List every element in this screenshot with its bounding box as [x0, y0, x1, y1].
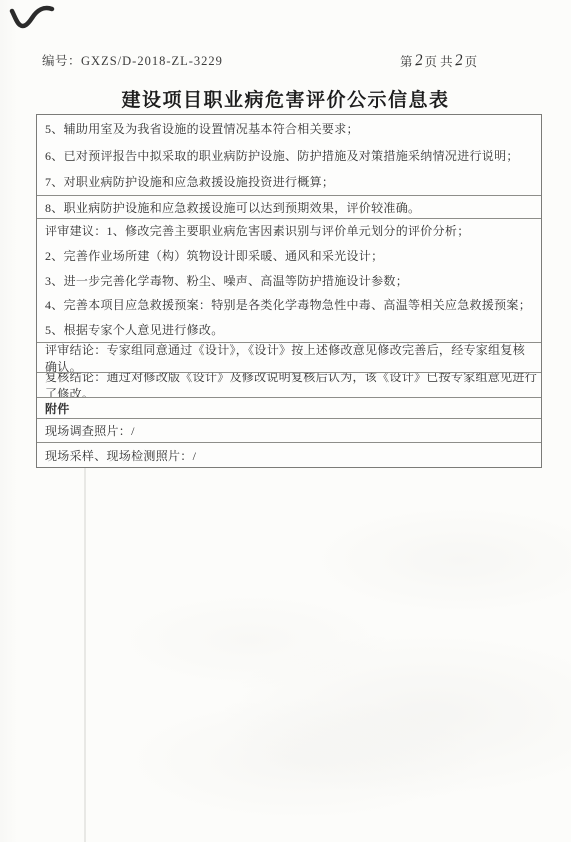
page-indicator: 第2页 共2页 [400, 52, 477, 71]
doc-number: 编号：GXZS/D-2018-ZL-3229 [42, 51, 223, 69]
table-row-items-5-7: 5、辅助用室及为我省设施的设置情况基本符合相关要求； 6、已对预评报告中拟采取的… [37, 115, 541, 195]
table-row-site-sampling-photos: 现场采样、现场检测照片：/ [37, 442, 541, 468]
table-text-line: 复核结论：通过对修改版《设计》及修改说明复核后认为，该《设计》已按专家组意见进行… [45, 372, 537, 397]
table-text-line: 5、辅助用室及为我省设施的设置情况基本符合相关要求； [45, 116, 537, 143]
table-row-review-conclusion: 评审结论：专家组同意通过《设计》，《设计》按上述修改意见修改完善后，经专家组复核… [37, 342, 541, 372]
table-row-site-survey-photos: 现场调查照片：/ [37, 418, 541, 442]
page-total-handwritten: 2 [454, 52, 464, 71]
table-row-item-8: 8、职业病防护设施和应急救援设施可以达到预期效果，评价较准确。 [37, 195, 541, 218]
table-text-line: 评审结论：专家组同意通过《设计》，《设计》按上述修改意见修改完善后，经专家组复核… [45, 342, 537, 372]
table-row-attachment-header: 附件 [37, 397, 541, 418]
scan-streak-artifact [84, 468, 86, 842]
doc-number-label: 编号： [42, 54, 81, 68]
table-text-line: 2、完善作业场所建（构）筑物设计即采暖、通风和采光设计； [45, 244, 537, 269]
page-indicator-prefix: 第 [400, 55, 413, 69]
table-text-line: 6、已对预评报告中拟采取的职业病防护设施、防护措施及对策措施采纳情况进行说明； [45, 143, 537, 170]
page-indicator-suffix: 页 [465, 55, 478, 69]
table-row-recheck-conclusion: 复核结论：通过对修改版《设计》及修改说明复核后认为，该《设计》已按专家组意见进行… [37, 372, 541, 397]
table-text-line: 4、完善本项目应急救援预案：特别是各类化学毒物急性中毒、高温等相关应急救援预案； [45, 293, 537, 318]
table-row-review-suggestions: 评审建议：1、修改完善主要职业病危害因素识别与评价单元划分的评价分析； 2、完善… [37, 218, 541, 342]
info-table: 5、辅助用室及为我省设施的设置情况基本符合相关要求； 6、已对预评报告中拟采取的… [36, 114, 542, 468]
table-text-line: 现场调查照片：/ [45, 422, 135, 439]
pen-mark-icon [9, 2, 57, 30]
table-text-line: 3、进一步完善化学毒物、粉尘、噪声、高温等防护措施设计参数； [45, 269, 537, 294]
table-text-line: 现场采样、现场检测照片：/ [45, 447, 196, 464]
page-title: 建设项目职业病危害评价公示信息表 [0, 85, 571, 112]
doc-number-value: GXZS/D-2018-ZL-3229 [81, 54, 223, 68]
page-current-handwritten: 2 [413, 52, 423, 71]
table-text-line: 7、对职业病防护设施和应急救援设施投资进行概算； [45, 169, 537, 195]
table-text-line: 评审建议：1、修改完善主要职业病危害因素识别与评价单元划分的评价分析； [45, 219, 537, 244]
table-text-line: 5、根据专家个人意见进行修改。 [45, 318, 537, 342]
table-text-line: 附件 [45, 400, 70, 417]
page-indicator-mid: 页 共 [425, 55, 453, 69]
scanned-page: 编号：GXZS/D-2018-ZL-3229 第2页 共2页 建设项目职业病危害… [0, 0, 571, 842]
table-text-line: 8、职业病防护设施和应急救援设施可以达到预期效果，评价较准确。 [45, 199, 420, 216]
